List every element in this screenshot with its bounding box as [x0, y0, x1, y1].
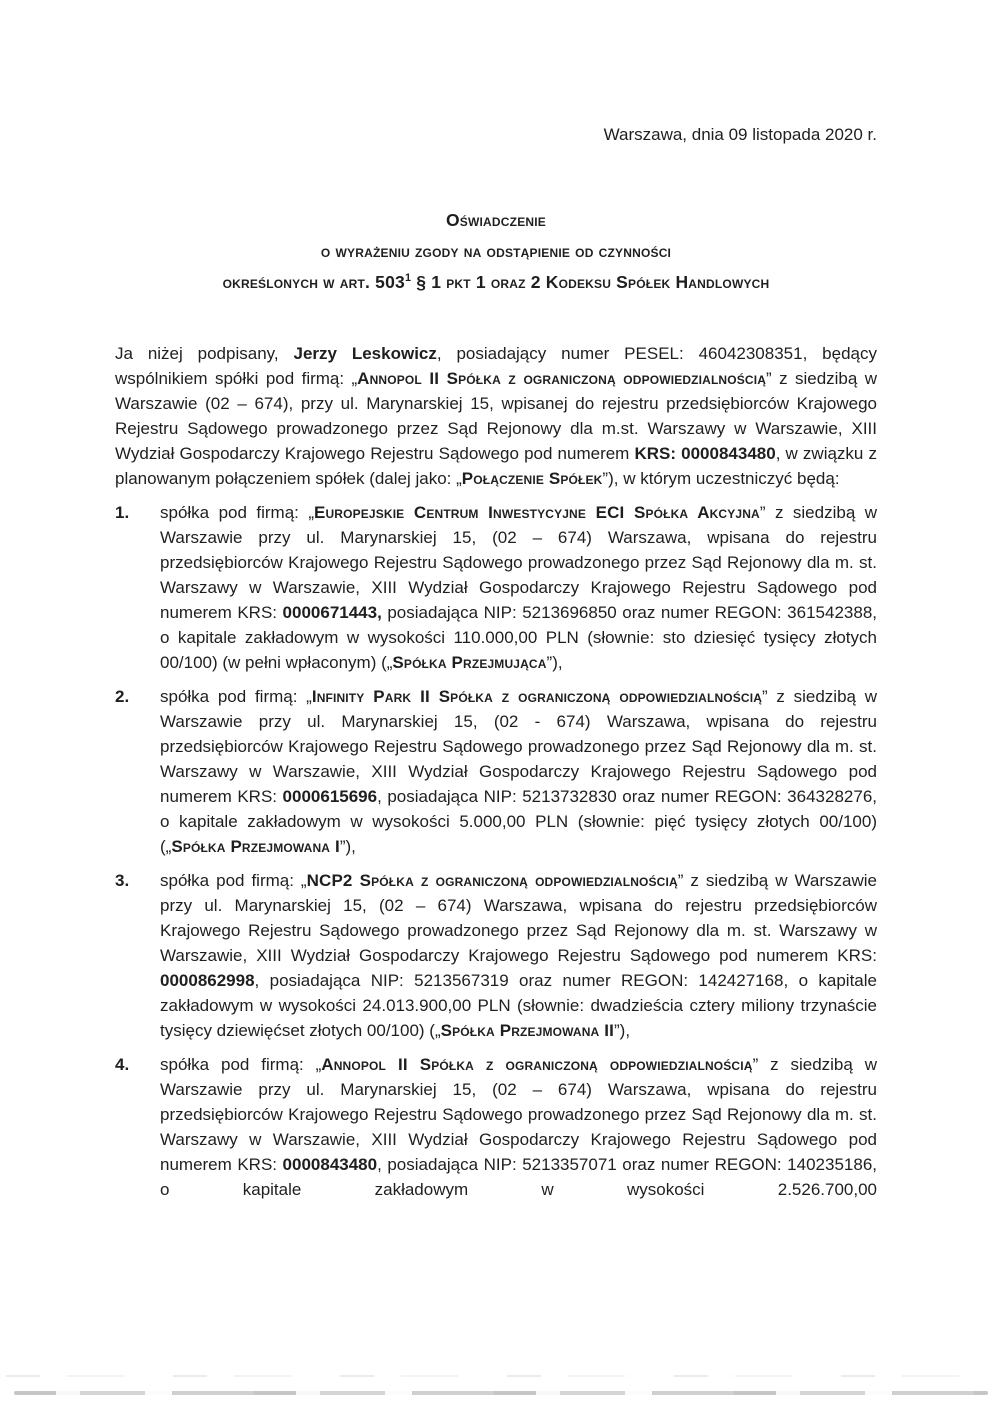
- list-item-2: 2. spółka pod firmą: „Infinity Park II S…: [115, 684, 877, 859]
- title-line-3-text-continued: § 1 pkt 1 oraz 2 Kodeksu Spółek Handlowy…: [411, 272, 769, 292]
- title-line-2: o wyrażeniu zgody na odstąpienie od czyn…: [115, 236, 877, 267]
- text-run: spółka pod firmą: „: [160, 687, 312, 706]
- item-text: spółka pod firmą: „Infinity Park II Spół…: [160, 684, 877, 859]
- text-run: ”),: [614, 1021, 630, 1040]
- text-run: Ja niżej podpisany,: [115, 344, 294, 363]
- list-item-3: 3. spółka pod firmą: „NCP2 Spółka z ogra…: [115, 868, 877, 1043]
- text-run: Jerzy Leskowicz: [294, 344, 437, 363]
- scan-artifact-page-edge: [14, 1391, 988, 1395]
- numbered-list: 1. spółka pod firmą: „Europejskie Centru…: [115, 500, 877, 1202]
- document-page: Warszawa, dnia 09 listopada 2020 r. Oświ…: [0, 0, 992, 1403]
- text-run: Połączenie Spółek: [462, 469, 603, 488]
- item-number: 3.: [115, 868, 160, 893]
- title-line-3: określonych w art. 5031 § 1 pkt 1 oraz 2…: [115, 267, 877, 298]
- intro-paragraph: Ja niżej podpisany, Jerzy Leskowicz, pos…: [115, 341, 877, 491]
- text-run: ”),: [340, 837, 356, 856]
- text-run: ”), w którym uczestniczyć będą:: [602, 469, 839, 488]
- text-run: Spółka Przejmowana II: [441, 1021, 614, 1040]
- list-item-1: 1. spółka pod firmą: „Europejskie Centru…: [115, 500, 877, 675]
- text-run: ”),: [547, 653, 563, 672]
- text-run: Europejskie Centrum Inwestycyjne ECI Spó…: [314, 503, 760, 522]
- item-text: spółka pod firmą: „Europejskie Centrum I…: [160, 500, 877, 675]
- item-text: spółka pod firmą: „Annopol II Spółka z o…: [160, 1052, 877, 1202]
- text-run: NCP2 Spółka z ograniczoną odpowiedzialno…: [307, 871, 678, 890]
- text-run: spółka pod firmą: „: [160, 871, 307, 890]
- date-line: Warszawa, dnia 09 listopada 2020 r.: [115, 124, 877, 145]
- text-run: 0000671443,: [283, 603, 382, 622]
- text-run: Spółka Przejmowana I: [171, 837, 340, 856]
- title-line-3-text: określonych w art. 503: [223, 272, 405, 292]
- list-item-4: 4. spółka pod firmą: „Annopol II Spółka …: [115, 1052, 877, 1202]
- item-text: spółka pod firmą: „NCP2 Spółka z ogranic…: [160, 868, 877, 1043]
- text-run: Infinity Park II Spółka z ograniczoną od…: [312, 687, 762, 706]
- text-run: spółka pod firmą: „: [160, 503, 314, 522]
- title-line-1: Oświadczenie: [115, 205, 877, 236]
- item-number: 4.: [115, 1052, 160, 1077]
- item-number: 2.: [115, 684, 160, 709]
- text-run: KRS: 0000843480: [634, 444, 775, 463]
- text-run: Spółka Przejmująca: [392, 653, 546, 672]
- text-run: 0000862998: [160, 971, 255, 990]
- text-run: 0000615696: [283, 787, 378, 806]
- item-number: 1.: [115, 500, 160, 525]
- text-run: spółka pod firmą: „: [160, 1055, 321, 1074]
- text-run: Annopol II Spółka z ograniczoną odpowied…: [357, 369, 766, 388]
- text-run: 0000843480: [283, 1155, 378, 1174]
- document-title: Oświadczenie o wyrażeniu zgody na odstąp…: [115, 205, 877, 298]
- text-run: Annopol II Spółka z ograniczoną odpowied…: [321, 1055, 752, 1074]
- scan-artifact-smudge: [6, 1375, 986, 1377]
- document-content: Warszawa, dnia 09 listopada 2020 r. Oświ…: [115, 0, 877, 1202]
